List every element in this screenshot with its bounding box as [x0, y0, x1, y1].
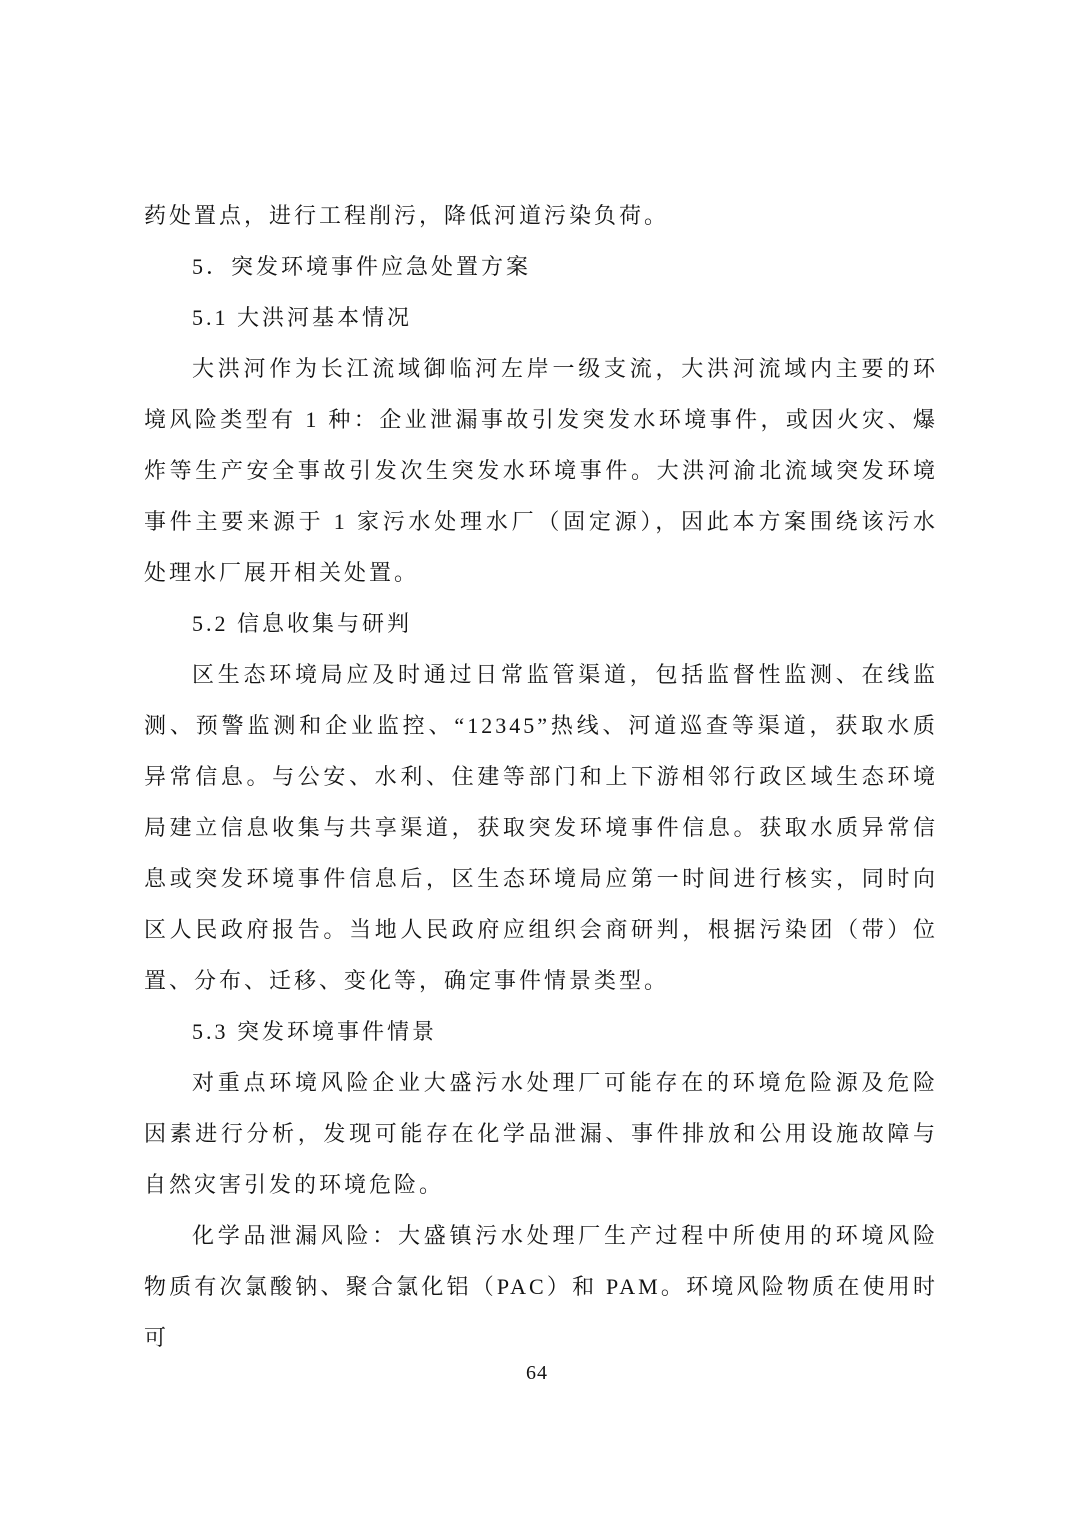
paragraph-info-collection: 区生态环境局应及时通过日常监管渠道，包括监督性监测、在线监测、预警监测和企业监控… [144, 649, 938, 1006]
heading-section-5-3: 5.3 突发环境事件情景 [144, 1006, 938, 1057]
paragraph-continuation: 药处置点，进行工程削污，降低河道污染负荷。 [144, 190, 938, 241]
document-body: 药处置点，进行工程削污，降低河道污染负荷。 5．突发环境事件应急处置方案 5.1… [144, 190, 938, 1363]
paragraph-risk-analysis: 对重点环境风险企业大盛污水处理厂可能存在的环境危险源及危险因素进行分析，发现可能… [144, 1057, 938, 1210]
paragraph-chemical-leak-risk: 化学品泄漏风险：大盛镇污水处理厂生产过程中所使用的环境风险物质有次氯酸钠、聚合氯… [144, 1210, 938, 1363]
paragraph-basic-situation: 大洪河作为长江流域御临河左岸一级支流，大洪河流域内主要的环境风险类型有 1 种：… [144, 343, 938, 598]
heading-section-5-2: 5.2 信息收集与研判 [144, 598, 938, 649]
document-page: 药处置点，进行工程削污，降低河道污染负荷。 5．突发环境事件应急处置方案 5.1… [0, 0, 1074, 1520]
page-number: 64 [0, 1362, 1074, 1385]
heading-section-5: 5．突发环境事件应急处置方案 [144, 241, 938, 292]
heading-section-5-1: 5.1 大洪河基本情况 [144, 292, 938, 343]
